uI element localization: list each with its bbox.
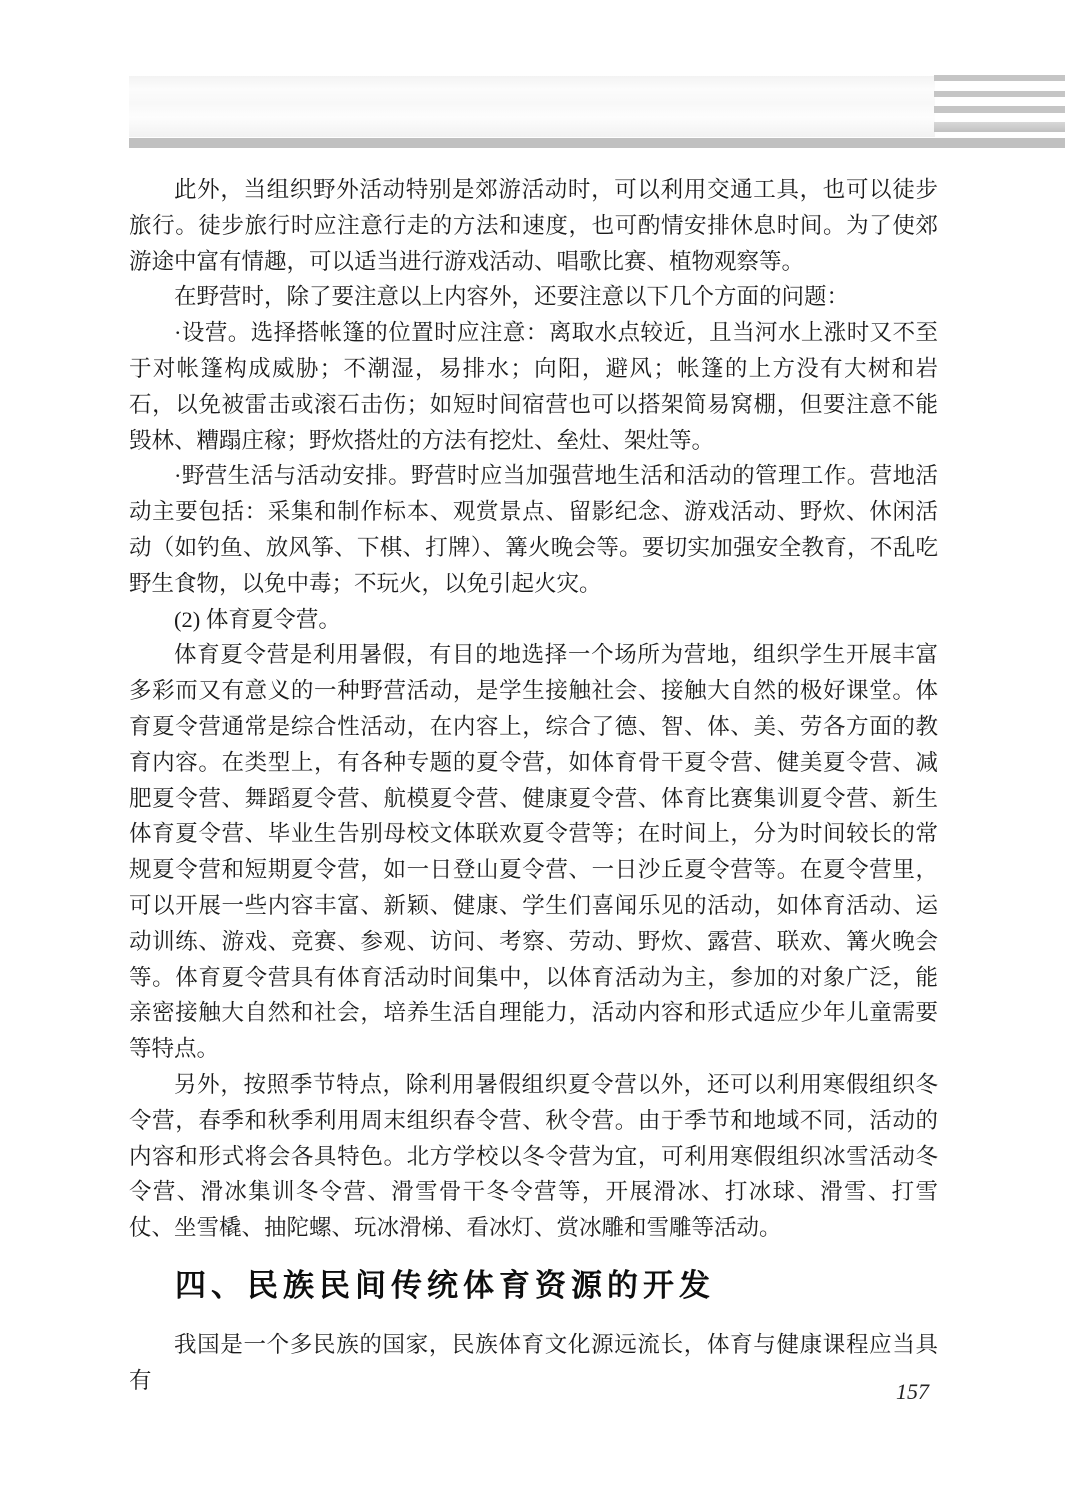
document-page: 此外，当组织野外活动特别是郊游活动时，可以利用交通工具，也可以徒步旅行。徒步旅行… (0, 0, 1065, 1507)
page-body: 此外，当组织野外活动特别是郊游活动时，可以利用交通工具，也可以徒步旅行。徒步旅行… (129, 172, 938, 1399)
paragraph-summer-camp-detail: 体育夏令营是利用暑假，有目的地选择一个场所为营地，组织学生开展丰富多彩而又有意义… (129, 637, 938, 1067)
header-stripe-2 (934, 91, 1065, 97)
header-gradient-box (129, 76, 935, 137)
header-stripe-1 (934, 75, 1065, 81)
paragraph-camping-intro: 在野营时，除了要注意以上内容外，还要注意以下几个方面的问题： (129, 279, 938, 315)
paragraph-outing-transport: 此外，当组织野外活动特别是郊游活动时，可以利用交通工具，也可以徒步旅行。徒步旅行… (129, 172, 938, 279)
paragraph-bullet-campsite: ·设营。选择搭帐篷的位置时应注意：离取水点较近，且当河水上涨时又不至于对帐篷构成… (129, 315, 938, 458)
header-rule-bar (129, 138, 1065, 148)
header-stripe-4 (934, 122, 1065, 132)
page-number: 157 (896, 1379, 929, 1405)
paragraph-bullet-camp-life: ·野营生活与活动安排。野营时应当加强营地生活和活动的管理工作。营地活动主要包括：… (129, 458, 938, 601)
section-heading: 四、民族民间传统体育资源的开发 (129, 1266, 938, 1306)
paragraph-ethnic-sports-intro: 我国是一个多民族的国家，民族体育文化源远流长，体育与健康课程应当具有 (129, 1327, 938, 1399)
paragraph-summer-camp-label: (2) 体育夏令营。 (129, 602, 938, 638)
header-stripe-3 (934, 106, 1065, 113)
paragraph-seasonal-camps: 另外，按照季节特点，除利用暑假组织夏令营以外，还可以利用寒假组织冬令营，春季和秋… (129, 1067, 938, 1246)
